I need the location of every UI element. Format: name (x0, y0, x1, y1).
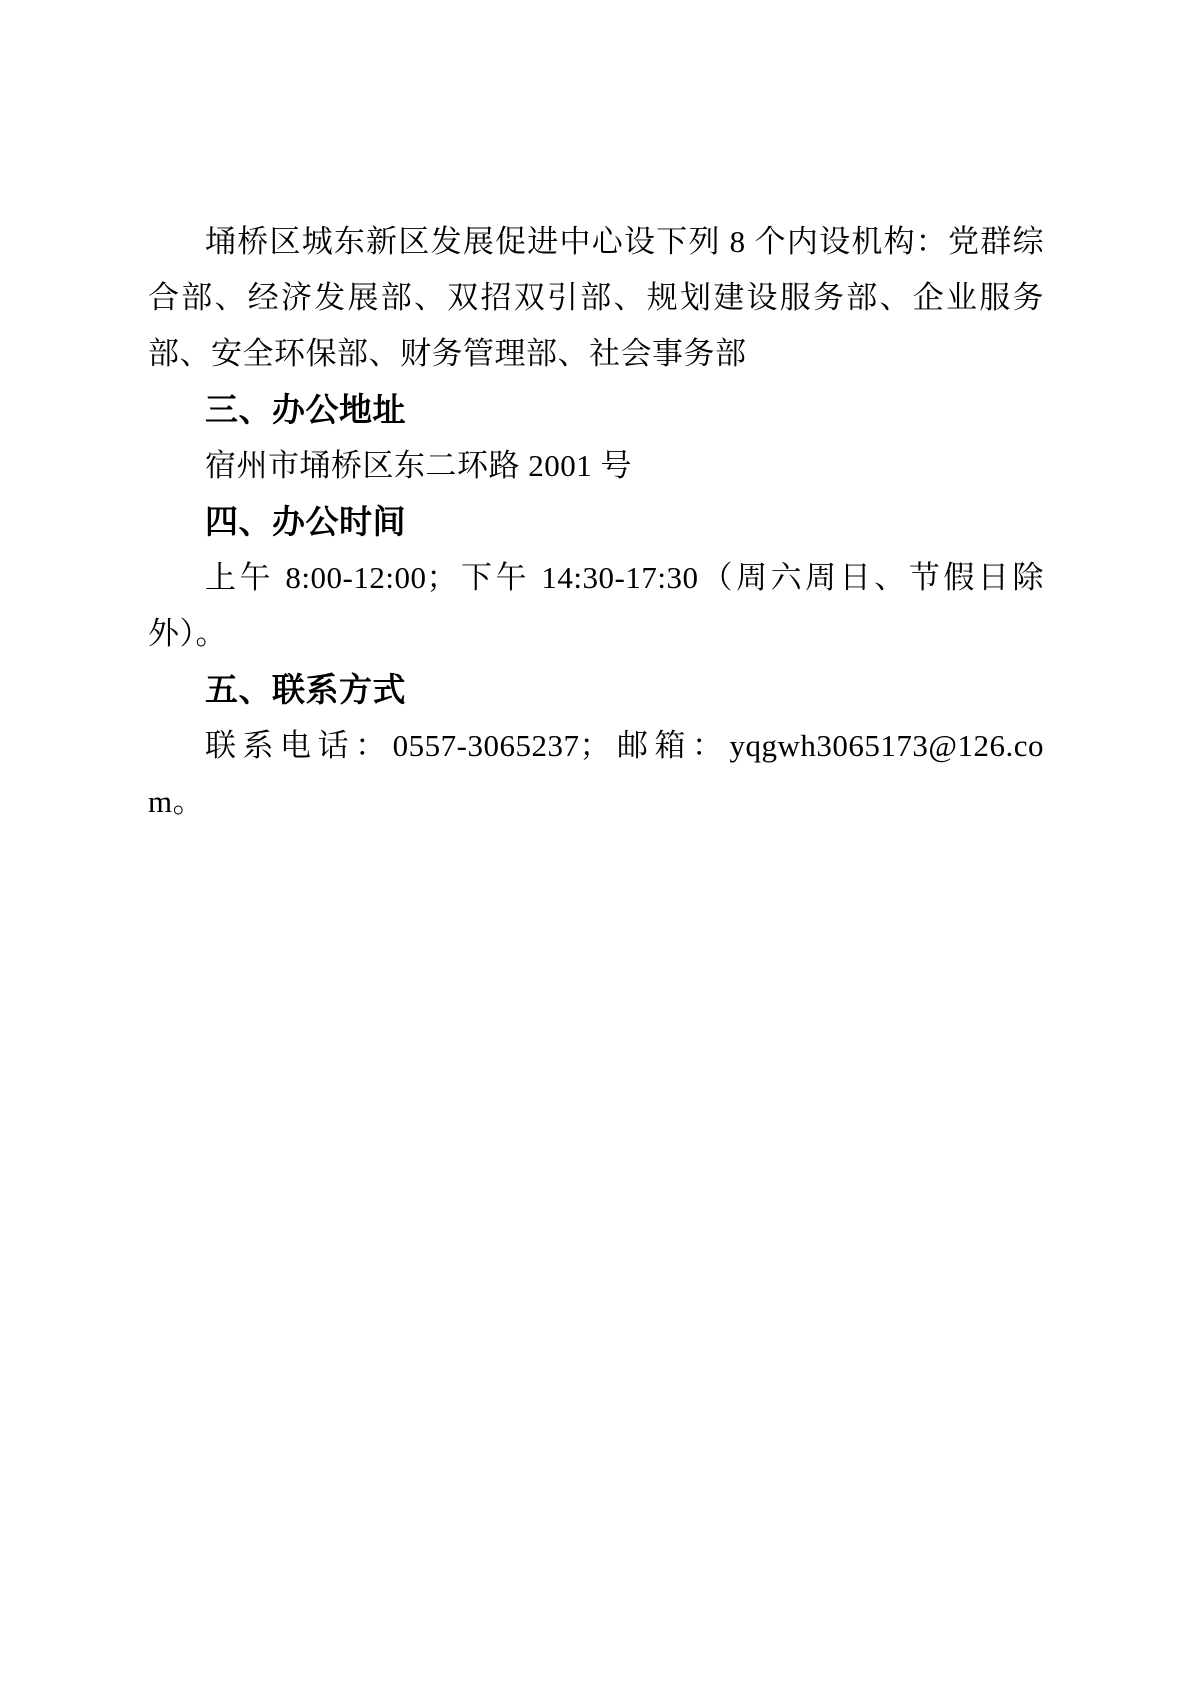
office-hours-text: 上午 8:00-12:00；下午 14:30-17:30（周六周日、节假日除外）… (148, 550, 1044, 662)
contact-info-text: 联系电话：0557-3065237；邮箱：yqgwh3065173@126.co… (148, 718, 1044, 830)
section-heading-contact-info: 五、联系方式 (148, 662, 1044, 718)
office-address-text: 宿州市埇桥区东二环路 2001 号 (148, 438, 1044, 494)
document-content: 埇桥区城东新区发展促进中心设下列 8 个内设机构：党群综合部、经济发展部、双招双… (148, 214, 1044, 830)
section-heading-office-hours: 四、办公时间 (148, 494, 1044, 550)
section-heading-office-address: 三、办公地址 (148, 382, 1044, 438)
document-page: 埇桥区城东新区发展促进中心设下列 8 个内设机构：党群综合部、经济发展部、双招双… (0, 0, 1190, 1683)
intro-paragraph: 埇桥区城东新区发展促进中心设下列 8 个内设机构：党群综合部、经济发展部、双招双… (148, 214, 1044, 382)
